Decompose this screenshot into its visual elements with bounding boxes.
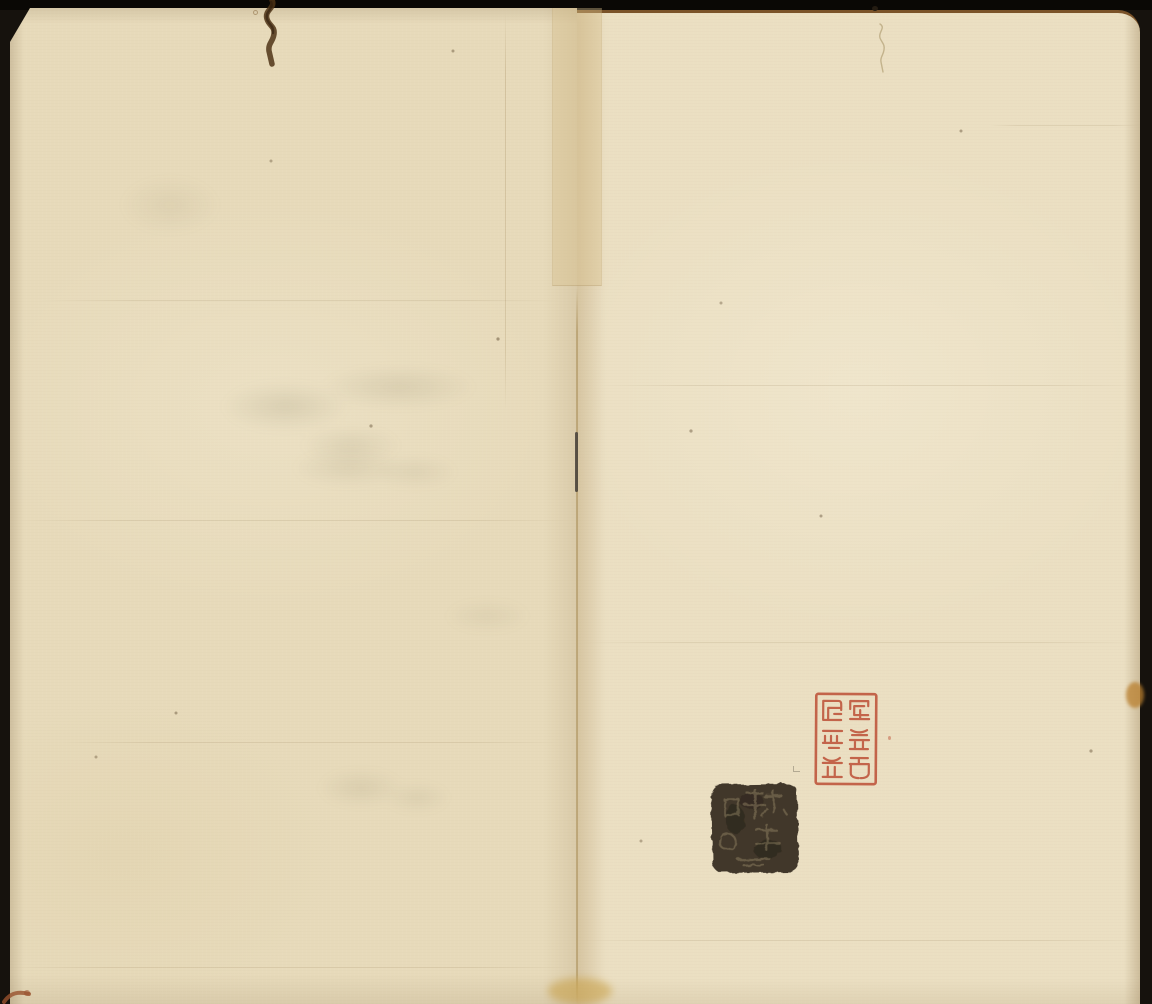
crease-right-4 — [580, 940, 1140, 941]
book-scan — [0, 0, 1152, 1004]
crease-left-4 — [5, 967, 575, 968]
seal-glyph — [850, 758, 869, 778]
seal-glyph — [823, 758, 842, 777]
ring-speck — [253, 10, 258, 15]
crease-left-2 — [20, 520, 570, 521]
gutter-repair-tape — [552, 8, 602, 286]
ink-dot-top-right — [872, 6, 878, 11]
crease-right-3 — [580, 642, 1140, 643]
crease-right-1 — [990, 125, 1140, 126]
red-relief-seal — [814, 692, 879, 786]
foxing-smudge-faint — [415, 585, 560, 647]
crease-left-3 — [60, 742, 560, 743]
seam-ink-mark — [575, 432, 578, 492]
right-page — [577, 10, 1140, 1004]
center-seam-line — [576, 288, 578, 1004]
foxing-smudge-lower — [295, 748, 460, 828]
red-ink-fleck — [888, 736, 891, 740]
fold-line-left-page — [505, 12, 506, 410]
seal-glyph — [850, 701, 869, 719]
gray-tick-mark — [793, 766, 800, 772]
corner-mark-icon — [2, 984, 34, 1004]
foxing-smudge-topleft — [80, 150, 260, 260]
light-scratch-icon — [872, 22, 892, 74]
seal-glyph — [823, 731, 842, 748]
crease-left-1 — [40, 300, 560, 301]
gutter-stain-bottom — [548, 978, 612, 1004]
seal-glyph — [823, 701, 841, 720]
foxing-smudge-mid — [250, 428, 470, 508]
paper-specks-left — [10, 8, 12, 10]
crease-right-2 — [600, 385, 1140, 386]
orange-edge-stain — [1126, 682, 1144, 708]
seal-glyph — [850, 730, 869, 749]
black-worn-seal — [706, 778, 803, 878]
